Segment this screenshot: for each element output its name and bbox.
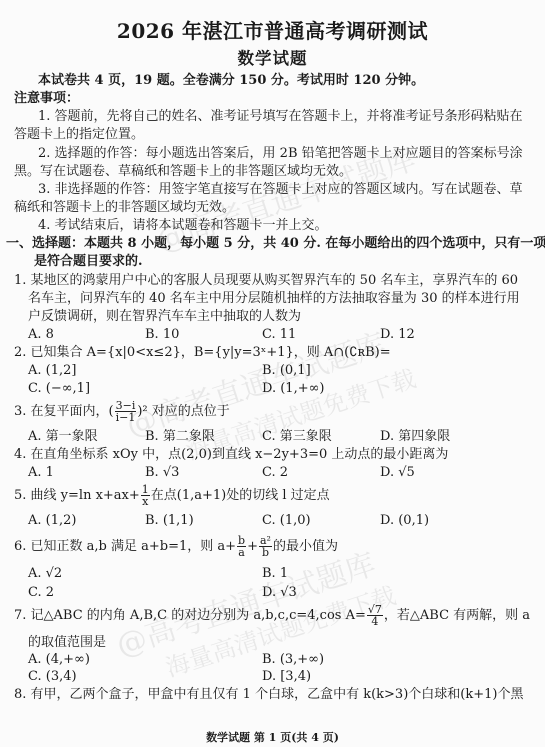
option-b: B. √3: [145, 464, 179, 481]
section-heading: 一、选择题：本题共 8 小题，每小题 5 分，共 40 分. 在每小题给出的四个…: [6, 235, 545, 252]
option-b: B. (1,1): [145, 512, 194, 529]
option-d: D. 12: [380, 326, 415, 343]
question-text: 户反馈调研，则在智界汽车车主中抽取的人数为: [28, 308, 301, 325]
fraction: 1x: [141, 484, 150, 507]
option-c: C. (1,0): [262, 512, 311, 529]
denominator: 4: [367, 616, 383, 627]
option-b: B. 10: [145, 326, 179, 343]
exam-page: @高考直通车试题库 @高考直通车试题库 海量高清试题免费下载 @高考直通车试题库…: [0, 0, 545, 747]
option-d: D. √3: [262, 584, 297, 601]
option-b: B. (3,+∞): [262, 651, 324, 668]
option-b: B. (0,1]: [262, 362, 311, 379]
option-c: C. 11: [262, 326, 296, 343]
question-suffix: 在点(1,a+1)处的切线 l 过定点: [151, 488, 330, 503]
fraction: √74: [367, 604, 383, 627]
option-a: A. 8: [28, 326, 54, 343]
exam-subtitle: 数学试题: [0, 45, 545, 69]
question-text: 3. 在复平面内，(3−ii−1)² 对应的点位于: [14, 400, 230, 424]
notice-item: 3. 非选择题的作答：用签字笔直接写在答题卡上对应的答题区域内。写在试题卷、草: [38, 181, 523, 198]
question-text: 名车主，问界汽车的 40 名车主中用分层随机抽样的方法抽取容量为 30 的样本进…: [28, 290, 520, 307]
question-text: 8. 有甲，乙两个盒子，甲盒中有且仅有 1 个白球，乙盒中有 k(k>3)个白球…: [14, 686, 523, 703]
question-text: 1. 某地区的鸿蒙用户中心的客服人员现要从购买智界汽车的 50 名车主，享界汽车…: [14, 272, 518, 289]
denominator: a: [237, 547, 246, 558]
notice-item: 1. 答题前，先将自己的姓名、准考证号填写在答题卡上，并将准考证号条形码粘贴在: [38, 108, 523, 125]
notice-item: 2. 选择题的作答：每小题选出答案后，用 2B 铅笔把答题卡上对应题目的答案标号…: [38, 145, 523, 162]
question-prefix: 3. 在复平面内，(: [14, 404, 114, 419]
option-d: D. [3,4): [262, 668, 311, 685]
option-a: A. (4,+∞): [28, 651, 90, 668]
denominator: x: [141, 496, 150, 507]
question-text: 6. 已知正数 a,b 满足 a+b=1，则 a+ba+a²b的最小值为: [14, 534, 338, 560]
exam-info: 本试卷共 4 页，19 题。全卷满分 150 分。考试用时 120 分钟。: [38, 72, 424, 89]
question-text: 的取值范围是: [28, 634, 106, 651]
option-a: A. 1: [28, 464, 54, 481]
option-a: A. (1,2): [28, 512, 76, 529]
fraction: a²b: [259, 535, 272, 558]
question-suffix: 的最小值为: [273, 539, 338, 554]
fraction: ba: [237, 535, 246, 558]
notice-heading: 注意事项：: [14, 90, 79, 107]
option-b: B. 第二象限: [145, 428, 215, 445]
notice-item: 4. 考试结束后，请将本试题卷和答题卡一并上交。: [38, 217, 328, 234]
exam-title: 2026 年湛江市普通高考调研测试: [0, 15, 545, 44]
option-c: C. 2: [28, 584, 54, 601]
option-b: B. 1: [262, 565, 288, 582]
option-c: C. 第三象限: [262, 428, 332, 445]
option-c: C. 2: [262, 464, 288, 481]
option-a: A. √2: [28, 565, 62, 582]
option-c: C. (−∞,1]: [28, 380, 90, 397]
fraction: 3−ii−1: [115, 400, 137, 423]
operator: +: [247, 539, 258, 554]
option-d: D. (0,1): [380, 512, 429, 529]
question-text: 7. 记△ABC 的内角 A,B,C 的对边分别为 a,b,c,c=4,cos …: [14, 604, 530, 628]
option-d: D. (1,+∞): [262, 380, 325, 397]
question-prefix: 7. 记△ABC 的内角 A,B,C 的对边分别为 a,b,c,c=4,cos …: [14, 608, 366, 623]
option-d: D. 第四象限: [380, 428, 450, 445]
denominator: b: [259, 547, 272, 558]
question-text: 4. 在直角坐标系 xOy 中，点(2,0)到直线 x−2y+3=0 上动点的最…: [14, 446, 448, 463]
option-d: D. √5: [380, 464, 415, 481]
notice-item: 黑。写在试题卷、草稿纸和答题卡上的非答题区域均无效。: [14, 163, 352, 180]
question-prefix: 5. 曲线 y=ln x+ax+: [14, 488, 140, 503]
page-footer: 数学试题 第 1 页(共 4 页): [0, 729, 545, 745]
section-heading: 是符合题目要求的.: [34, 253, 143, 270]
option-a: A. (1,2]: [28, 362, 76, 379]
denominator: i−1: [115, 412, 137, 423]
question-text: 2. 已知集合 A={x|0<x≤2}，B={y|y=3ˣ+1}，则 A∩(∁ʀ…: [14, 344, 391, 361]
option-c: C. (3,4): [28, 668, 77, 685]
notice-item: 答题卡上的指定位置。: [14, 126, 144, 143]
option-a: A. 第一象限: [28, 428, 98, 445]
notice-item: 稿纸和答题卡上的非答题区域均无效。: [14, 199, 235, 216]
question-suffix: ，若△ABC 有两解，则 a: [384, 608, 530, 623]
question-suffix: )² 对应的点位于: [137, 404, 229, 419]
question-prefix: 6. 已知正数 a,b 满足 a+b=1，则 a+: [14, 539, 236, 554]
question-text: 5. 曲线 y=ln x+ax+1x在点(1,a+1)处的切线 l 过定点: [14, 484, 330, 508]
